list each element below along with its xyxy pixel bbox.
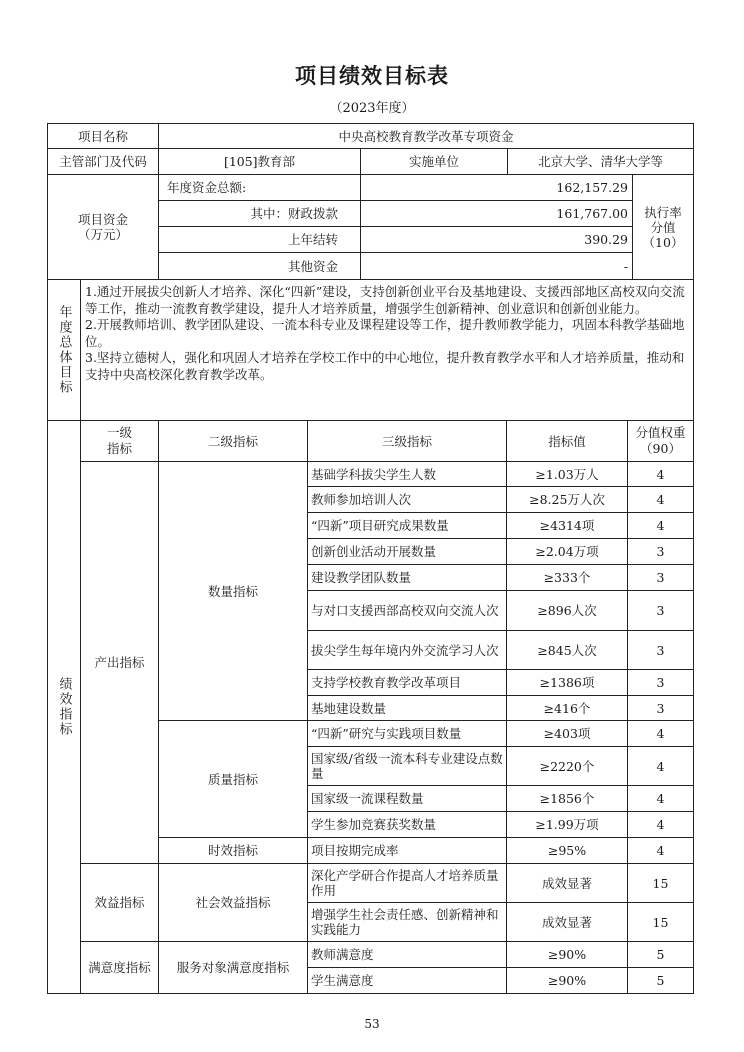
level1-satisfaction: 满意度指标: [81, 942, 159, 993]
indicator-row-0-weight: 4: [628, 462, 693, 487]
impl-unit-label: 实施单位: [361, 149, 508, 175]
indicator-row-4-value: ≥333个: [507, 565, 628, 591]
header-weight: 分值权重 （90）: [628, 421, 693, 462]
indicator-row-12-value: ≥1.99万项: [507, 812, 628, 838]
indicator-weight: 4: [657, 759, 665, 774]
header-value-text: 指标值: [548, 434, 586, 449]
funding-label: 项目资金 （万元）: [48, 175, 159, 280]
indicator-value: ≥403项: [544, 726, 591, 741]
indicator-name: 学生满意度: [311, 973, 374, 988]
indicator-value: ≥4314项: [540, 518, 595, 533]
funding-label-line2: （万元）: [78, 227, 128, 242]
indicator-weight: 4: [657, 492, 665, 507]
indicator-name: 拔尖学生每年境内外交流学习人次: [311, 643, 499, 658]
execution-rate-score: 执行率 分值 （10）: [633, 175, 693, 280]
goal-item-2: 2.开展教师培训、教学团队建设、一流本科专业及课程建设等工作，提升教师教学能力，…: [85, 317, 689, 350]
indicator-row-2-weight: 4: [628, 513, 693, 539]
indicator-row-7-value: ≥1386项: [507, 670, 628, 696]
indicator-row-4-weight: 3: [628, 565, 693, 591]
indicator-name: 项目按期完成率: [311, 843, 399, 858]
indicator-value: ≥333个: [544, 570, 591, 585]
indicator-row-10-value: ≥2220个: [507, 747, 628, 786]
funding-fiscal-label: 其中：财政拨款: [159, 201, 361, 227]
indicator-row-14-weight: 15: [628, 864, 693, 903]
indicator-row-5-value: ≥896人次: [507, 591, 628, 631]
exec-rate-line1: 执行率: [644, 205, 682, 220]
indicator-row-16-weight: 5: [628, 942, 693, 968]
indicator-name: 基地建设数量: [311, 701, 386, 716]
level2-timeliness-text: 时效指标: [208, 843, 258, 858]
indicator-row-17-name: 学生满意度: [308, 968, 507, 993]
indicator-row-13-value: ≥95%: [507, 838, 628, 864]
goal-item-1: 1.通过开展拔尖创新人才培养、深化“四新”建设，支持创新创业平台及基地建设、支援…: [85, 284, 689, 317]
header-level1-line2: 指标: [107, 441, 132, 457]
indicator-value: ≥416个: [544, 701, 591, 716]
indicator-row-7-name: 支持学校教育教学改革项目: [308, 670, 507, 696]
header-value: 指标值: [507, 421, 628, 462]
indicator-row-13-weight: 4: [628, 838, 693, 864]
funding-fiscal-value: 161,767.00: [361, 201, 633, 227]
header-level3-text: 三级指标: [382, 434, 432, 449]
indicator-row-3-weight: 3: [628, 539, 693, 565]
indicator-row-4-name: 建设教学团队数量: [308, 565, 507, 591]
indicator-row-14-value: 成效显著: [507, 864, 628, 903]
indicator-row-0-name: 基础学科拔尖学生人数: [308, 462, 507, 487]
performance-target-table: 项目名称 中央高校教育教学改革专项资金 主管部门及代码 [105]教育部 实施单…: [47, 123, 694, 994]
annual-goals-content: 1.通过开展拔尖创新人才培养、深化“四新”建设，支持创新创业平台及基地建设、支援…: [81, 280, 693, 421]
annual-goals-label: 年度总体目标: [48, 280, 81, 421]
page-number: 53: [0, 1017, 744, 1031]
project-name-label: 项目名称: [48, 124, 159, 149]
page-subtitle: （2023年度）: [0, 97, 744, 116]
funding-label-line1: 项目资金: [78, 212, 128, 227]
project-name-value: 中央高校教育教学改革专项资金: [159, 124, 693, 149]
header-level2: 二级指标: [159, 421, 308, 462]
indicator-weight: 3: [657, 544, 665, 559]
indicator-row-12-weight: 4: [628, 812, 693, 838]
indicator-row-15-value: 成效显著: [507, 903, 628, 942]
indicator-weight: 4: [657, 467, 665, 482]
indicator-weight: 4: [657, 791, 665, 806]
indicator-value: ≥1856个: [540, 791, 595, 806]
indicator-row-16-value: ≥90%: [507, 942, 628, 968]
funding-carryover-value-text: 390.29: [584, 232, 628, 247]
indicator-weight: 3: [657, 603, 665, 618]
indicator-name: 与对口支援西部高校双向交流人次: [311, 603, 499, 618]
funding-carryover-label: 上年结转: [159, 227, 361, 253]
level2-quality: 质量指标: [159, 721, 308, 838]
indicator-weight: 5: [657, 973, 665, 988]
indicator-name: 深化产学研合作提高人才培养质量作用: [311, 868, 503, 898]
indicator-name: 国家级一流课程数量: [311, 791, 424, 806]
indicator-row-9-value: ≥403项: [507, 721, 628, 747]
indicator-value: ≥1.99万项: [535, 817, 598, 832]
dept-label: 主管部门及代码: [48, 149, 159, 175]
indicator-name: 教师参加培训人次: [311, 492, 411, 507]
dept-value-text: [105]教育部: [224, 154, 295, 169]
impl-unit-value: 北京大学、清华大学等: [508, 149, 693, 175]
indicator-row-8-value: ≥416个: [507, 696, 628, 721]
indicator-row-8-weight: 3: [628, 696, 693, 721]
header-weight-line2: （90）: [640, 441, 681, 457]
level2-social-benefit-text: 社会效益指标: [195, 895, 270, 910]
indicator-weight: 4: [657, 726, 665, 741]
indicator-value: ≥896人次: [537, 603, 596, 618]
indicator-name: “四新”研究与实践项目数量: [311, 726, 461, 741]
header-weight-line1: 分值权重: [635, 425, 685, 441]
indicator-weight: 4: [657, 843, 665, 858]
level2-service-satisfaction-text: 服务对象满意度指标: [177, 960, 290, 975]
header-level3: 三级指标: [308, 421, 507, 462]
indicator-row-9-name: “四新”研究与实践项目数量: [308, 721, 507, 747]
indicator-row-6-name: 拔尖学生每年境内外交流学习人次: [308, 631, 507, 670]
indicator-row-14-name: 深化产学研合作提高人才培养质量作用: [308, 864, 507, 903]
indicator-row-6-value: ≥845人次: [507, 631, 628, 670]
dept-label-text: 主管部门及代码: [59, 154, 147, 169]
indicator-row-2-name: “四新”项目研究成果数量: [308, 513, 507, 539]
indicator-row-10-weight: 4: [628, 747, 693, 786]
indicator-value: 成效显著: [542, 876, 592, 891]
level1-output: 产出指标: [81, 462, 159, 864]
level2-social-benefit: 社会效益指标: [159, 864, 308, 942]
indicator-weight: 5: [657, 947, 665, 962]
indicator-value: ≥1386项: [540, 675, 595, 690]
indicator-row-0-value: ≥1.03万人: [507, 462, 628, 487]
indicator-row-1-name: 教师参加培训人次: [308, 487, 507, 513]
indicator-row-15-name: 增强学生社会责任感、创新精神和实践能力: [308, 903, 507, 942]
level1-benefit: 效益指标: [81, 864, 159, 942]
indicator-weight: 4: [657, 817, 665, 832]
exec-rate-line3: （10）: [643, 235, 684, 250]
indicator-row-3-name: 创新创业活动开展数量: [308, 539, 507, 565]
indicator-row-11-name: 国家级一流课程数量: [308, 786, 507, 812]
page-title: 项目绩效目标表: [0, 60, 744, 90]
indicator-value: ≥8.25万人次: [529, 492, 605, 507]
funding-total-value: 162,157.29: [361, 175, 633, 201]
indicator-row-17-weight: 5: [628, 968, 693, 993]
indicator-row-1-weight: 4: [628, 487, 693, 513]
indicator-name: 增强学生社会责任感、创新精神和实践能力: [311, 907, 503, 937]
project-name-value-text: 中央高校教育教学改革专项资金: [338, 129, 513, 144]
indicators-section-label: 绩效指标: [48, 421, 81, 993]
indicator-row-11-value: ≥1856个: [507, 786, 628, 812]
goal-item-3: 3.坚持立德树人，强化和巩固人才培养在学校工作中的中心地位，提升教育教学水平和人…: [85, 350, 689, 383]
indicator-value: 成效显著: [542, 915, 592, 930]
indicator-name: 建设教学团队数量: [311, 570, 411, 585]
funding-other-label: 其他资金: [159, 253, 361, 280]
level2-timeliness: 时效指标: [159, 838, 308, 864]
funding-fiscal-label-text: 其中：财政拨款: [250, 206, 338, 221]
indicators-section-label-text: 绩效指标: [57, 677, 72, 737]
impl-unit-label-text: 实施单位: [409, 154, 459, 169]
level1-output-text: 产出指标: [94, 655, 144, 670]
funding-fiscal-value-text: 161,767.00: [556, 206, 628, 221]
indicator-name: 支持学校教育教学改革项目: [311, 675, 461, 690]
level2-quality-text: 质量指标: [208, 772, 258, 787]
indicator-row-1-value: ≥8.25万人次: [507, 487, 628, 513]
level2-service-satisfaction: 服务对象满意度指标: [159, 942, 308, 993]
funding-total-label-text: 年度资金总额:: [167, 180, 246, 195]
dept-value: [105]教育部: [159, 149, 361, 175]
indicator-value: ≥95%: [548, 843, 586, 858]
indicator-row-17-value: ≥90%: [507, 968, 628, 993]
indicator-row-6-weight: 3: [628, 631, 693, 670]
level1-benefit-text: 效益指标: [94, 895, 144, 910]
indicator-row-12-name: 学生参加竞赛获奖数量: [308, 812, 507, 838]
indicator-row-9-weight: 4: [628, 721, 693, 747]
level1-satisfaction-text: 满意度指标: [88, 960, 151, 975]
indicator-row-5-weight: 3: [628, 591, 693, 631]
indicator-name: “四新”项目研究成果数量: [311, 518, 449, 533]
indicator-row-15-weight: 15: [628, 903, 693, 942]
indicator-row-13-name: 项目按期完成率: [308, 838, 507, 864]
indicator-weight: 3: [657, 643, 665, 658]
level2-quantity-text: 数量指标: [208, 584, 258, 599]
indicator-value: ≥1.03万人: [535, 467, 598, 482]
funding-other-value-text: -: [624, 259, 628, 274]
funding-carryover-value: 390.29: [361, 227, 633, 253]
indicator-value: ≥2220个: [540, 759, 595, 774]
header-level1: 一级 指标: [81, 421, 159, 462]
funding-other-label-text: 其他资金: [288, 259, 338, 274]
indicator-value: ≥90%: [548, 973, 586, 988]
indicator-row-2-value: ≥4314项: [507, 513, 628, 539]
indicator-weight: 15: [653, 876, 669, 891]
impl-unit-value-text: 北京大学、清华大学等: [538, 154, 663, 169]
indicator-name: 国家级/省级一流本科专业建设点数量: [311, 751, 503, 781]
header-level1-line1: 一级: [107, 425, 132, 441]
funding-total-label: 年度资金总额:: [159, 175, 361, 201]
indicator-weight: 3: [657, 701, 665, 716]
indicator-row-10-name: 国家级/省级一流本科专业建设点数量: [308, 747, 507, 786]
level2-quantity: 数量指标: [159, 462, 308, 721]
indicator-weight: 15: [653, 915, 669, 930]
indicator-weight: 3: [657, 675, 665, 690]
project-name-label-text: 项目名称: [78, 129, 128, 144]
indicator-weight: 4: [657, 518, 665, 533]
exec-rate-line2: 分值: [650, 220, 675, 235]
indicator-name: 教师满意度: [311, 947, 374, 962]
indicator-row-16-name: 教师满意度: [308, 942, 507, 968]
indicator-name: 学生参加竞赛获奖数量: [311, 817, 436, 832]
annual-goals-label-text: 年度总体目标: [57, 305, 72, 395]
funding-total-value-text: 162,157.29: [556, 180, 628, 195]
indicator-value: ≥90%: [548, 947, 586, 962]
funding-other-value: -: [361, 253, 633, 280]
indicator-name: 基础学科拔尖学生人数: [311, 467, 436, 482]
funding-carryover-label-text: 上年结转: [288, 232, 338, 247]
indicator-row-5-name: 与对口支援西部高校双向交流人次: [308, 591, 507, 631]
indicator-value: ≥2.04万项: [535, 544, 598, 559]
indicator-row-8-name: 基地建设数量: [308, 696, 507, 721]
indicator-weight: 3: [657, 570, 665, 585]
indicator-row-7-weight: 3: [628, 670, 693, 696]
indicator-name: 创新创业活动开展数量: [311, 544, 436, 559]
indicator-row-3-value: ≥2.04万项: [507, 539, 628, 565]
indicator-row-11-weight: 4: [628, 786, 693, 812]
indicator-value: ≥845人次: [537, 643, 596, 658]
header-level2-text: 二级指标: [208, 434, 258, 449]
